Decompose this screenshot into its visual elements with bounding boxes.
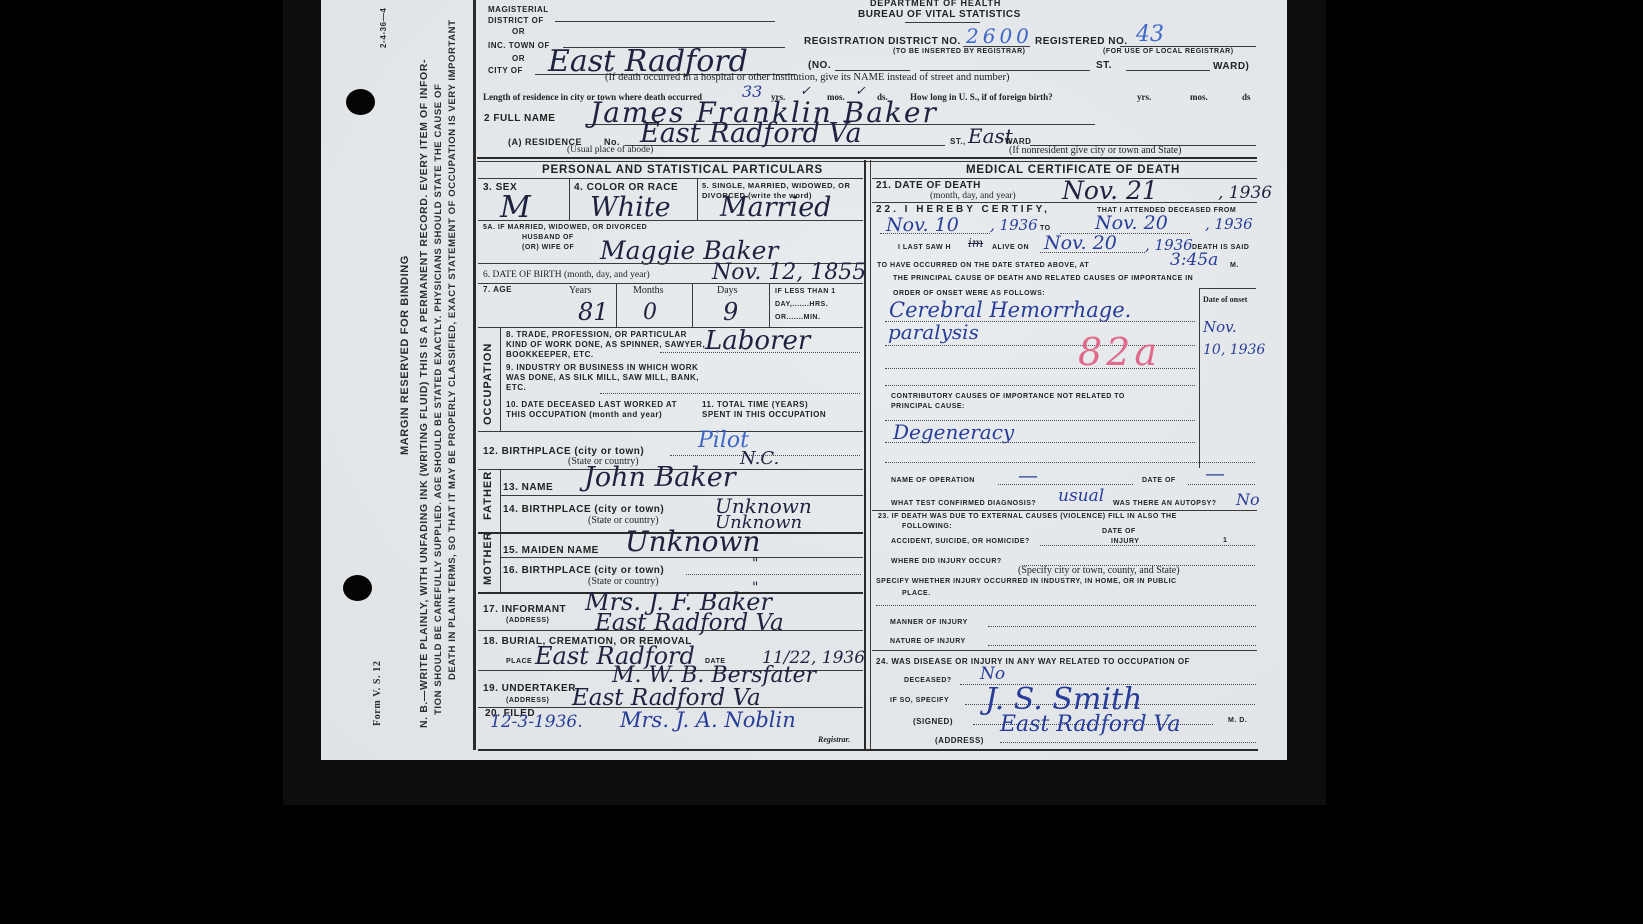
- mother-birthplace-dots: [686, 574, 861, 575]
- signed-label: (SIGNED): [913, 717, 953, 726]
- registrar-label: Registrar.: [818, 735, 850, 744]
- city-label: CITY OF: [488, 66, 523, 75]
- mother-birthplace-state-label: (State or country): [588, 576, 659, 587]
- to-label: TO: [1040, 225, 1051, 232]
- instructions-line-1: N. B.—WRITE PLAINLY, WITH UNFADING INK (…: [418, 59, 430, 728]
- operation-dots: [998, 484, 1133, 485]
- birthplace-state: N.C.: [740, 448, 779, 469]
- age-months-label: Months: [633, 285, 664, 296]
- registered-no-label: REGISTERED NO.: [1035, 36, 1128, 47]
- external-label-2: FOLLOWING:: [902, 523, 952, 530]
- punch-hole-top: [346, 89, 375, 115]
- dod-year: , 1936: [1218, 183, 1272, 203]
- mother-maiden-label: 15. MAIDEN NAME: [503, 545, 599, 556]
- manner-label: MANNER OF INJURY: [890, 619, 968, 626]
- time-suffix: M.: [1230, 262, 1239, 269]
- cause-1: Cerebral Hemorrhage.: [889, 298, 1131, 322]
- test-value: usual: [1058, 486, 1104, 506]
- age-divider-3: [769, 283, 770, 327]
- contributory-dots-2: [885, 442, 1195, 443]
- spouse-label-1: 5A. IF MARRIED, WIDOWED, OR DIVORCED: [483, 224, 647, 231]
- usual-abode-note: (Usual place of abode): [567, 145, 653, 155]
- age-days-label: Days: [717, 285, 738, 296]
- undertaker-address-label: (ADDRESS): [506, 697, 549, 704]
- bureau-title: BUREAU OF VITAL STATISTICS: [858, 9, 1021, 20]
- age-divider-1: [616, 283, 617, 327]
- header-rule: [905, 22, 980, 23]
- registration-district-label: REGISTRATION DISTRICT NO.: [804, 36, 961, 47]
- rule: [872, 510, 1257, 511]
- md-label: M. D.: [1228, 717, 1247, 724]
- spouse-label-2: HUSBAND OF: [522, 234, 574, 241]
- last-saw-label: I LAST SAW H: [898, 244, 951, 251]
- total-time-label: 11. TOTAL TIME (YEARS) SPENT IN THIS OCC…: [702, 400, 832, 420]
- rule: [500, 557, 863, 558]
- informant-address: East Radford Va: [595, 610, 784, 636]
- filed-date: 12-3-1936.: [490, 712, 583, 732]
- if-so-label: IF SO, SPECIFY: [890, 697, 949, 704]
- spouse-label-3: (OR) WIFE OF: [522, 244, 574, 251]
- punch-hole-bottom: [343, 575, 372, 601]
- street-no-label: (NO.: [808, 60, 831, 71]
- age-label: 7. AGE: [483, 285, 512, 294]
- specify-dots: [876, 605, 1256, 606]
- last-saw-dots: [1040, 252, 1145, 253]
- street-st-label: ST.: [1096, 60, 1112, 71]
- address-value: East Radford Va: [1000, 712, 1181, 737]
- registration-district-note: (TO BE INSERTED BY REGISTRAR): [893, 48, 1025, 55]
- sex-race-divider: [569, 178, 570, 220]
- registered-no-note: (FOR USE OF LOCAL REGISTRAR): [1103, 48, 1234, 55]
- operation-date-value: —: [1205, 461, 1225, 485]
- informant-label: 17. INFORMANT: [483, 604, 566, 615]
- where-label: WHERE DID INJURY OCCUR?: [891, 558, 1002, 565]
- print-code: 2-4-36—4: [379, 8, 388, 48]
- attended-to: Nov. 20: [1095, 212, 1168, 234]
- race-marital-divider: [697, 178, 698, 220]
- age-days: 9: [723, 298, 738, 326]
- marital-value: Married: [720, 192, 831, 223]
- contributory-label-1: CONTRIBUTORY CAUSES OF IMPORTANCE NOT RE…: [891, 393, 1125, 400]
- ward-line: [1126, 70, 1210, 71]
- or-1: OR: [512, 27, 525, 36]
- accident-label: ACCIDENT, SUICIDE, OR HOMICIDE?: [891, 538, 1030, 545]
- attended-from-year: , 1936: [990, 216, 1038, 234]
- father-divider: [500, 469, 501, 532]
- or-2: OR: [512, 54, 525, 63]
- nature-label: NATURE OF INJURY: [890, 638, 966, 645]
- foreign-ds-label: ds: [1242, 92, 1251, 102]
- injury-label: INJURY: [1111, 538, 1139, 545]
- cause-2: paralysis: [888, 320, 979, 344]
- father-birthplace-label: 14. BIRTHPLACE (city or town): [503, 504, 664, 515]
- cause-label-2: ORDER OF ONSET WERE AS FOLLOWS:: [893, 290, 1045, 297]
- operation-date-dots: [1188, 484, 1255, 485]
- father-name-label: 13. NAME: [503, 482, 553, 493]
- rule: [478, 178, 863, 179]
- mother-side-label: MOTHER: [482, 531, 494, 585]
- time-value: 3:45a: [1170, 250, 1218, 270]
- nonresident-note: (If nonresident give city or town and St…: [1009, 145, 1181, 156]
- age-divider-2: [692, 283, 693, 327]
- autopsy-label: WAS THERE AN AUTOPSY?: [1113, 500, 1217, 507]
- foreign-yrs-label: yrs.: [1137, 92, 1151, 102]
- mother-birthplace-city: ": [752, 556, 758, 572]
- injury-dots: [1040, 545, 1255, 546]
- rule: [478, 220, 863, 221]
- form-left-border: [473, 0, 476, 750]
- contributory-value: Degeneracy: [893, 420, 1014, 444]
- age-months: 0: [643, 300, 657, 325]
- street-line: [920, 70, 1090, 71]
- section-divider-top: [477, 157, 1257, 159]
- rule: [478, 283, 863, 284]
- onset-box-top: [1199, 288, 1256, 289]
- industry-label: 9. INDUSTRY OR BUSINESS IN WHICH WORK WA…: [506, 363, 711, 393]
- occupation-related-value: No: [980, 664, 1005, 684]
- department-title: DEPARTMENT OF HEALTH: [870, 0, 1001, 8]
- contributory-dots-3: [885, 462, 1255, 463]
- registered-no-value: 43: [1136, 22, 1164, 47]
- registration-district-value: 2600: [966, 24, 1033, 48]
- dob-label: 6. DATE OF BIRTH (month, day, and year): [483, 270, 650, 280]
- date-onset-label: Date of onset: [1203, 295, 1247, 304]
- cause-dots-3: [885, 368, 1195, 369]
- age-years-label: Years: [569, 285, 591, 296]
- rule: [872, 202, 1257, 203]
- bottom-rule: [478, 749, 1258, 751]
- trade-dots: [660, 352, 860, 353]
- mother-maiden: Unknown: [625, 525, 761, 558]
- alive-on-label: ALIVE ON: [992, 244, 1029, 251]
- inc-town-label: INC. TOWN OF: [488, 41, 550, 50]
- father-side-label: FATHER: [482, 471, 494, 520]
- race-value: White: [590, 192, 671, 223]
- form-id: Form V. S. 12: [372, 661, 383, 727]
- specify-label-2: PLACE.: [902, 590, 931, 597]
- dod-sublabel: (month, day, and year): [930, 191, 1016, 201]
- occupation-related-label-2: DECEASED?: [904, 677, 952, 684]
- test-label: WHAT TEST CONFIRMED DIAGNOSIS?: [891, 500, 1036, 507]
- address-label: (ADDRESS): [935, 736, 984, 745]
- foreign-mos-label: mos.: [1190, 92, 1208, 102]
- onset-1: Nov.: [1203, 318, 1237, 336]
- dod-label: 21. DATE OF DEATH: [876, 180, 981, 191]
- autopsy-value: No: [1236, 490, 1260, 509]
- last-saw-struck: im: [968, 236, 983, 250]
- operation-label: NAME OF OPERATION: [891, 477, 975, 484]
- magisterial-label: MAGISTERIAL DISTRICT OF: [488, 4, 548, 26]
- instructions-line-3: DEATH IN PLAIN TERMS, SO THAT IT MAY BE …: [447, 19, 458, 680]
- ward-label: WARD): [1213, 61, 1249, 72]
- personal-section-title: PERSONAL AND STATISTICAL PARTICULARS: [542, 164, 823, 176]
- contributory-label-2: PRINCIPAL CAUSE:: [891, 403, 965, 410]
- cause-label-1: THE PRINCIPAL CAUSE OF DEATH AND RELATED…: [893, 275, 1193, 282]
- operation-date-label: DATE OF: [1142, 477, 1176, 484]
- hospital-note: (If death occurred in a hospital or othe…: [605, 72, 1009, 83]
- nature-dots: [988, 645, 1256, 646]
- age-years: 81: [578, 298, 609, 326]
- industry-dots: [600, 393, 860, 394]
- age-less-label: IF LESS THAN 1 DAY,.......HRS. OR.......…: [775, 285, 865, 324]
- filed-registrar: Mrs. J. A. Noblin: [620, 708, 796, 732]
- address-dots: [1000, 742, 1256, 743]
- binding-note: MARGIN RESERVED FOR BINDING: [399, 255, 411, 455]
- mother-birthplace-label: 16. BIRTHPLACE (city or town): [503, 565, 664, 576]
- father-name: John Baker: [584, 462, 736, 493]
- attended-from-dots: [880, 233, 990, 234]
- rule: [478, 431, 863, 432]
- residence-st-label: ST.,: [950, 137, 966, 146]
- manner-dots: [988, 626, 1256, 627]
- injury-date-header: DATE OF: [1102, 528, 1136, 535]
- rule: [478, 630, 863, 631]
- occupation-divider: [500, 327, 501, 431]
- section-divider-top-2: [477, 161, 1257, 162]
- cause-dots-4: [885, 385, 1195, 386]
- residence-value: East Radford Va: [640, 118, 862, 149]
- rule: [872, 650, 1257, 651]
- occupation-related-label-1: 24. WAS DISEASE OR INJURY IN ANY WAY REL…: [876, 657, 1190, 666]
- street-no-line: [835, 70, 910, 71]
- onset-2: 10, 1936: [1203, 342, 1265, 358]
- mother-divider: [500, 532, 501, 592]
- dob-value: Nov. 12, 1855: [712, 260, 866, 285]
- specify-label-1: SPECIFY WHETHER INJURY OCCURRED IN INDUS…: [876, 578, 1177, 585]
- attended-to-year: , 1936: [1205, 215, 1253, 233]
- full-name-label: 2 FULL NAME: [484, 113, 555, 124]
- occupation-side-label: OCCUPATION: [482, 343, 494, 425]
- occurred-label: TO HAVE OCCURRED ON THE DATE STATED ABOV…: [877, 262, 1089, 269]
- undertaker-label: 19. UNDERTAKER: [483, 683, 576, 694]
- trade-label: 8. TRADE, PROFESSION, OR PARTICULAR KIND…: [506, 330, 711, 360]
- instructions-line-2: TION SHOULD BE CAREFULLY SUPPLIED. AGE S…: [433, 84, 444, 715]
- last-saw-date: Nov. 20: [1044, 232, 1117, 254]
- where-note: (Specify city or town, county, and State…: [1018, 565, 1180, 576]
- burial-place-label: PLACE: [506, 658, 532, 665]
- injury-mark: 1: [1223, 537, 1227, 544]
- medical-section-title: MEDICAL CERTIFICATE OF DEATH: [966, 164, 1180, 176]
- column-divider-2: [870, 160, 871, 750]
- informant-address-label: (ADDRESS): [506, 617, 549, 624]
- onset-box-left: [1199, 288, 1200, 468]
- dod-value: Nov. 21: [1062, 176, 1158, 205]
- external-label-1: 23. IF DEATH WAS DUE TO EXTERNAL CAUSES …: [878, 513, 1177, 520]
- last-worked-label: 10. DATE DECEASED LAST WORKED AT THIS OC…: [506, 400, 696, 420]
- magisterial-line: [555, 21, 775, 22]
